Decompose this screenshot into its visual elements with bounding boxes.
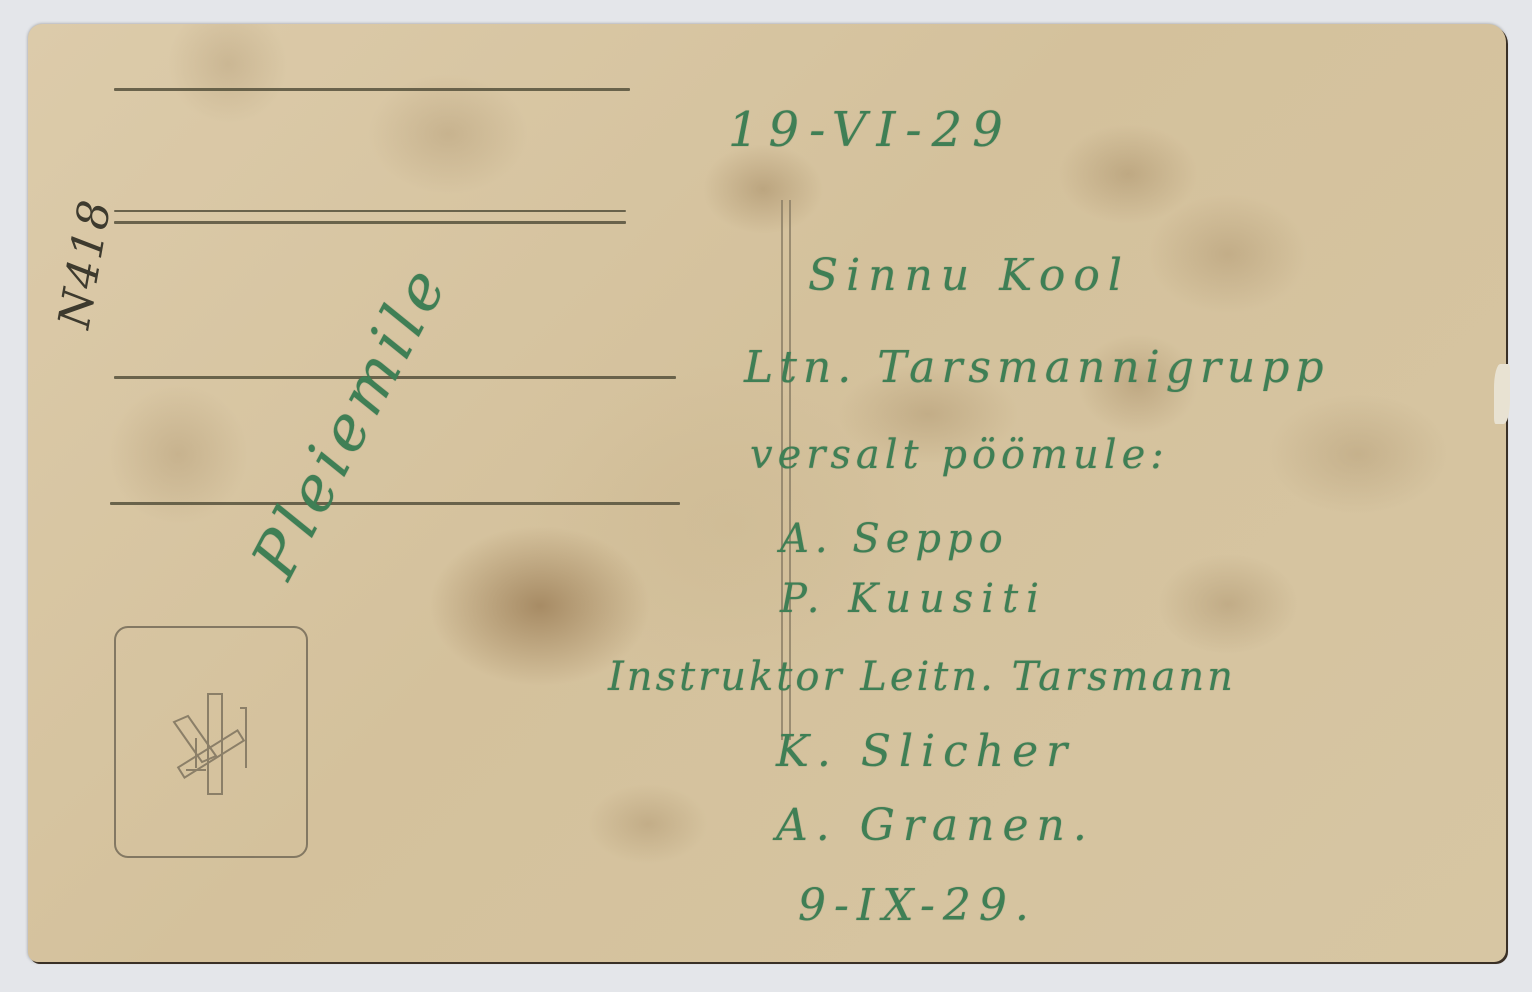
address-line-2b [114,221,626,224]
message-line-5: P. Kuusiti [780,576,1047,622]
monogram-icon [156,688,266,798]
address-line-4 [110,502,680,505]
address-line-1 [114,88,630,91]
message-line-6: Instruktor Leitn. Tarsmann [608,654,1236,700]
stamp-box [114,626,308,858]
message-line-7: K. Slicher [776,726,1075,777]
message-line-8: A. Granen. [776,800,1095,851]
date-top: 19-VI-29 [728,102,1013,158]
address-line-2a [114,210,626,212]
message-line-1: Sinnu Kool [808,250,1130,301]
message-line-3: versalt pöömule: [750,432,1169,478]
edge-tear [1494,364,1510,424]
date-bottom: 9-IX-29. [798,880,1037,931]
postcard-back: N418 Pleiemile 19-VI-29 Sinnu Kool Ltn. … [28,24,1506,962]
address-word: Pleiemile [237,252,463,590]
message-line-2: Ltn. Tarsmannigrupp [744,342,1330,393]
catalog-number: N418 [49,195,122,332]
message-line-4: A. Seppo [780,516,1009,562]
